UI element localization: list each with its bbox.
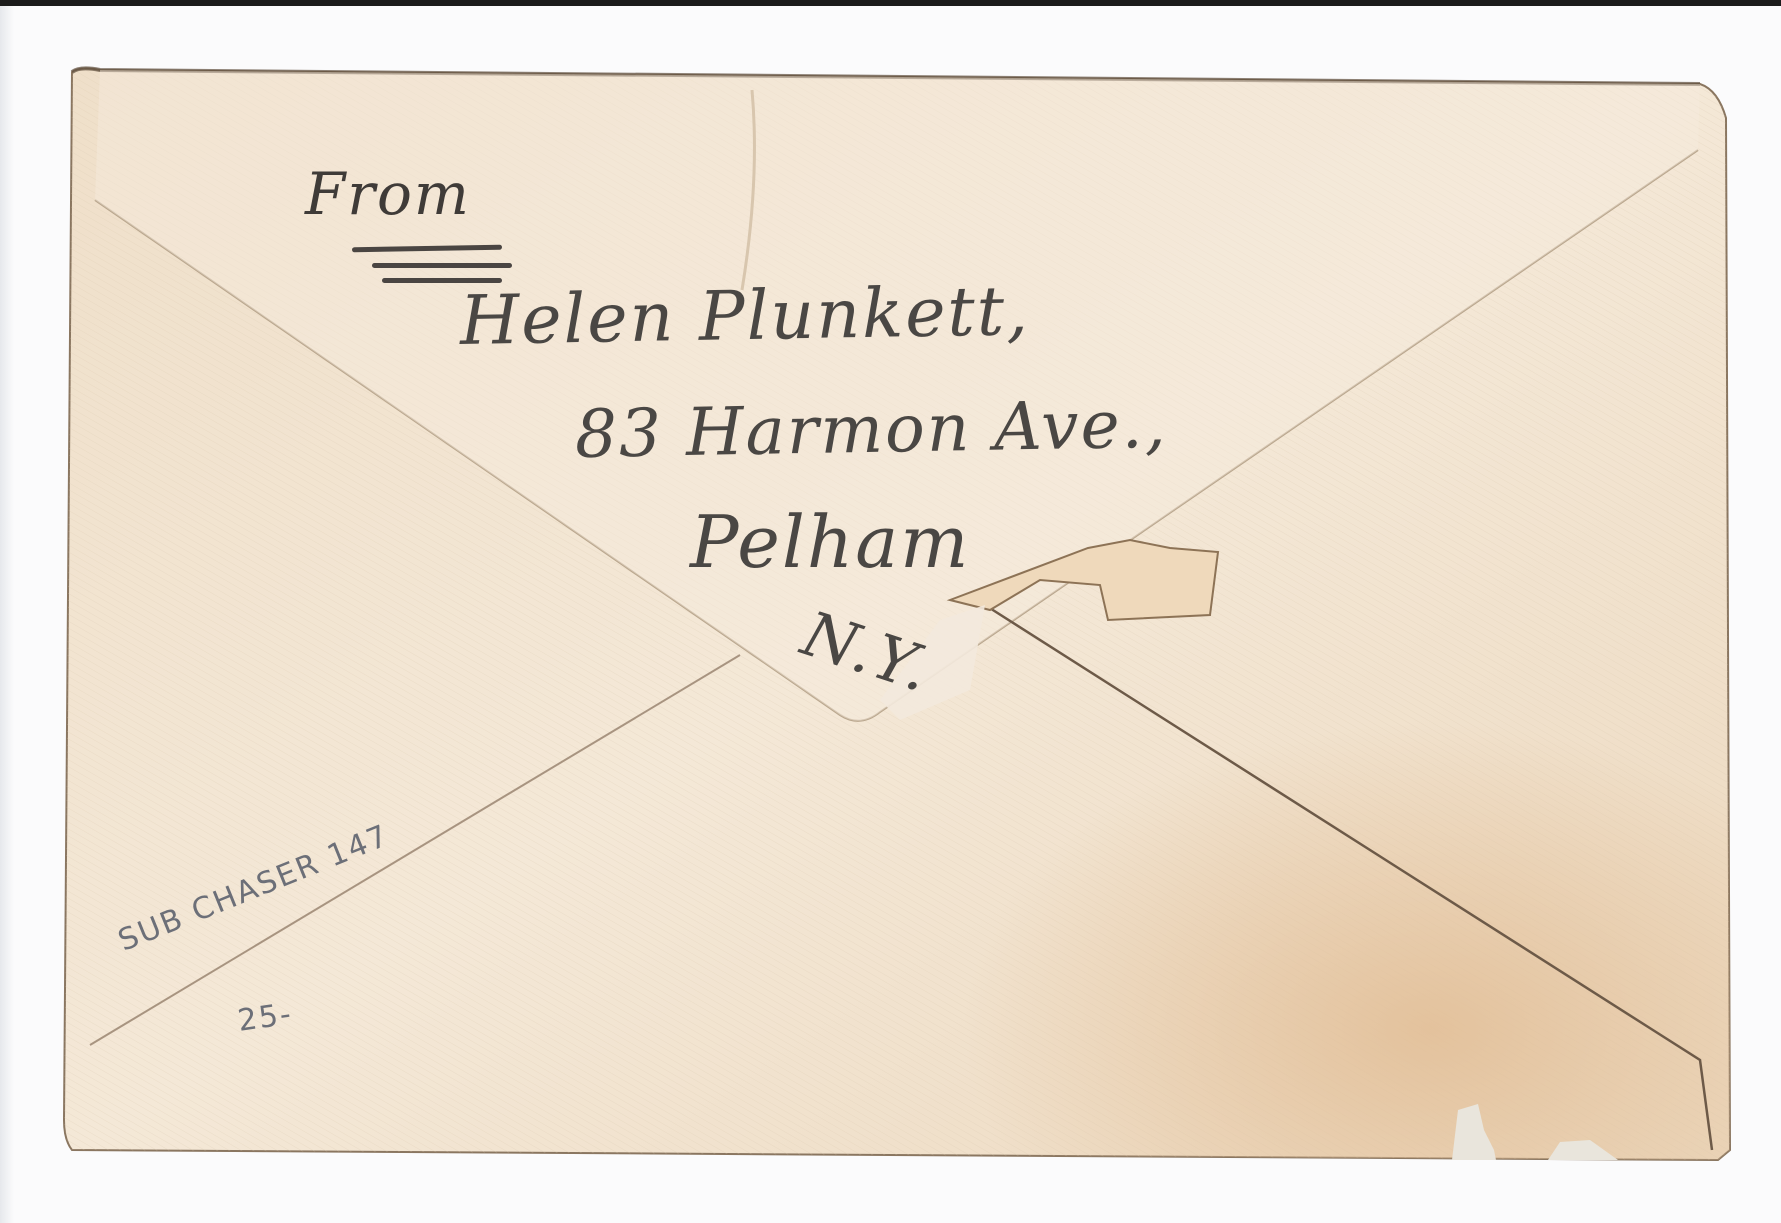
envelope: From Helen Plunkett, 83 Harmon Ave., Pel… bbox=[0, 0, 1781, 1223]
sender-street: 83 Harmon Ave., bbox=[574, 386, 1168, 473]
from-heading: From bbox=[305, 160, 471, 228]
sender-city: Pelham bbox=[690, 500, 970, 584]
sender-name: Helen Plunkett, bbox=[459, 272, 1030, 361]
from-underline bbox=[372, 263, 512, 268]
envelope-body bbox=[0, 0, 1781, 1223]
